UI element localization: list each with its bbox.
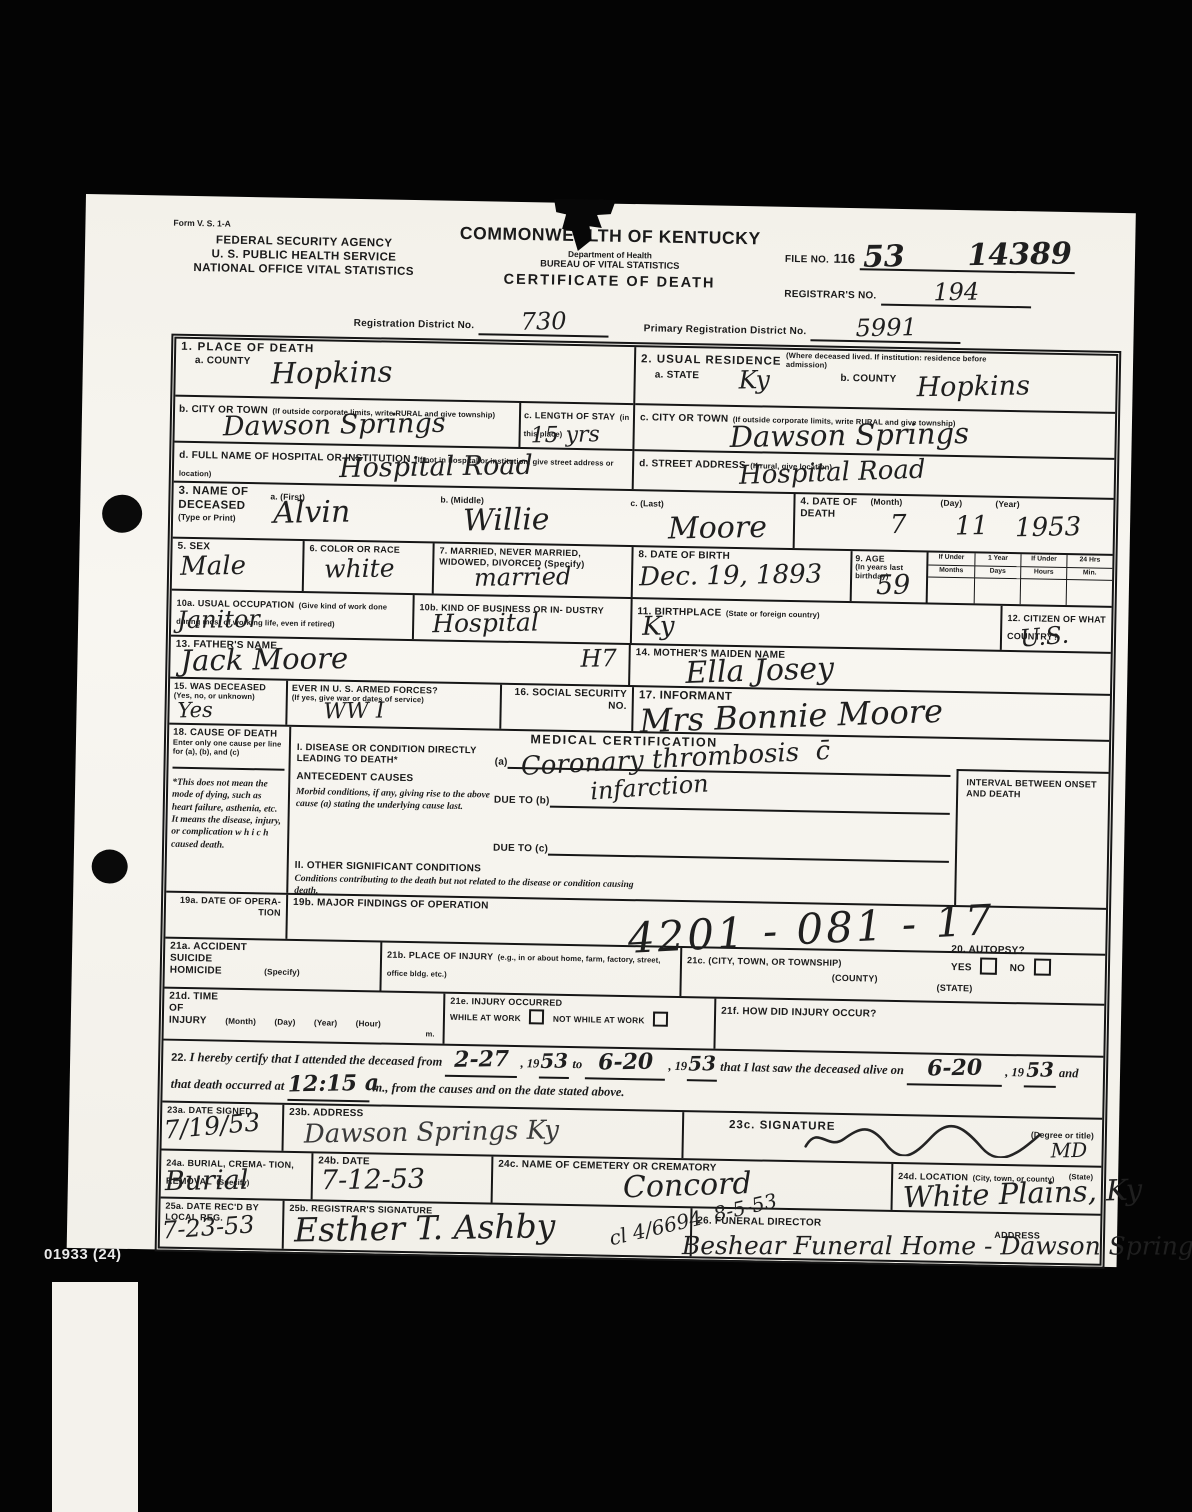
accident-label: 21a. ACCIDENT SUICIDE HOMICIDE (170, 941, 261, 979)
days-label: Days (974, 565, 1020, 578)
occupation-cell: 10a. USUAL OCCUPATION (Give kind of work… (171, 591, 413, 639)
not-while-at-work-checkbox (653, 1012, 668, 1027)
location-value: White Plains, Ky (902, 1176, 1142, 1210)
autopsy-yes-label: YES (951, 962, 972, 973)
street-label: d. STREET ADDRESS (639, 458, 746, 471)
citizen-value: U.S. (1019, 625, 1070, 651)
mother-value: Ella Josey (685, 655, 835, 687)
residence-county-value: Hopkins (916, 374, 1030, 400)
certify-text-1: I hereby certify that I attended the dec… (189, 1050, 442, 1069)
autopsy-no-label: NO (1010, 963, 1026, 974)
stay-value: 15 yrs (530, 425, 600, 446)
certify-text-5: that I last saw the deceased (720, 1060, 860, 1077)
section-usual-residence: 2. USUAL RESIDENCE (Where deceased lived… (632, 347, 1117, 498)
degree-value: MD (1051, 1141, 1088, 1160)
certify-text-6: alive on (863, 1062, 904, 1077)
microfilm-code: 01933 (24) (44, 1246, 122, 1263)
date-received-value: 7-23-53 (161, 1214, 255, 1242)
informant-value: Mrs Bonnie Moore (639, 697, 943, 736)
race-value: white (324, 557, 395, 581)
hours-label: Hours (1020, 566, 1066, 579)
certificate-title: CERTIFICATE OF DEATH (434, 270, 784, 292)
middle-name-value: Willie (463, 506, 550, 534)
disease-label: I. DISEASE OR CONDITION DIRECTLY LEADING… (297, 742, 495, 768)
hours-box (1020, 578, 1066, 605)
name-title: 3. NAME OF DECEASED (178, 485, 270, 514)
date-signed-value: 7/19/53 (163, 1111, 261, 1142)
how-injury-label: 21f. HOW DID INJURY OCCUR? (721, 1006, 877, 1020)
dod-year-value: 1953 (1015, 516, 1082, 540)
not-while-at-work-label: NOT WHILE AT WORK (553, 1013, 645, 1025)
file-no-value: 53 14389 (863, 240, 1072, 270)
length-of-stay-cell: c. LENGTH OF STAY (in this place) 15 yrs (518, 403, 633, 449)
file-no-label: FILE NO. (785, 254, 829, 266)
residence-state-label: a. STATE (654, 369, 699, 394)
section-date-of-death: 4. DATE OF DEATH (Month) (Day) (Year) 7 … (793, 494, 1114, 554)
form-number: Form V. S. 1-A (173, 218, 435, 233)
hole-punch-top (102, 494, 143, 533)
commonwealth-title: COMMONWEALTH OF KENTUCKY (435, 222, 785, 249)
name-title-note: (Type or Print) (178, 512, 270, 523)
ssn-cell: 16. SOCIAL SECURITY NO. (499, 685, 632, 731)
cause-sidebar: 18. CAUSE OF DEATH Enter only one cause … (166, 725, 289, 893)
registrar-no-value: 194 (933, 282, 979, 304)
accident-cell: 21a. ACCIDENT SUICIDE HOMICIDE (Specify) (164, 939, 380, 991)
armed-forces-cell: 15. WAS DECEASED (Yes, no, or unknown) Y… (169, 679, 500, 729)
cause-footnote: *This does not mean the mode of dying, s… (171, 777, 284, 853)
date-of-death-title: 4. DATE OF DEATH (800, 496, 870, 521)
while-at-work-checkbox (529, 1009, 544, 1024)
injury-state-label: (STATE) (936, 983, 972, 994)
cemetery-cell: 24c. NAME OF CEMETERY OR CREMATORY Conco… (491, 1157, 892, 1210)
primary-district-value: 5991 (855, 317, 916, 340)
autopsy-no-checkbox (1033, 959, 1050, 976)
certify-year1-value: 53 (540, 1051, 568, 1069)
dod-month-value: 7 (890, 514, 907, 538)
place-of-injury-label: 21b. PLACE OF INJURY (387, 950, 493, 962)
armed-value-2: WW I (323, 701, 384, 722)
certify-from-value: 2-27 (454, 1050, 509, 1071)
signer-address-cell: 23b. ADDRESS Dawson Springs Ky (282, 1105, 683, 1158)
birthplace-value: Ky (642, 615, 675, 639)
agency-block: Form V. S. 1-A FEDERAL SECURITY AGENCY U… (172, 218, 436, 308)
residence-city-value: Dawson Springs (730, 420, 970, 450)
injury-occurred-label: 21e. INJURY OCCURRED (450, 996, 709, 1012)
certify-number: 22. (171, 1052, 187, 1064)
certificate-form: 1. PLACE OF DEATH a. COUNTY Hopkins b. C… (155, 334, 1122, 1269)
first-name-value: Alvin (273, 499, 351, 527)
age-cell: 9. AGE (In years last birthday) 59 (850, 551, 927, 602)
residence-city-label: c. CITY OR TOWN (640, 412, 729, 425)
hole-punch-bottom (91, 849, 128, 884)
physician-signature-scrawl (804, 1120, 1045, 1158)
toi-month: (Month) (225, 1017, 256, 1027)
armed-value-1: Yes (177, 701, 213, 720)
section-place-of-death: 1. PLACE OF DEATH a. COUNTY Hopkins b. C… (174, 339, 635, 489)
ssn-label: 16. SOCIAL SECURITY NO. (507, 687, 627, 713)
county-value: Hopkins (271, 359, 393, 387)
time-of-injury-label: 21d. TIME OF INJURY (169, 991, 222, 1028)
certify-text-4: , 19 (668, 1059, 687, 1073)
residence-state-value: Ky (739, 369, 771, 396)
under24-label-a: If Under (1020, 554, 1066, 567)
antecedent-label: ANTECEDENT CAUSES (296, 771, 494, 787)
certify-alive-value: 6-20 (927, 1059, 982, 1080)
scanned-death-certificate: Form V. S. 1-A FEDERAL SECURITY AGENCY U… (0, 0, 1192, 1512)
accident-note: (Specify) (264, 967, 300, 977)
race-cell: 6. COLOR OR RACE white (302, 541, 433, 593)
birthplace-note: (State or foreign country) (726, 609, 820, 620)
other-conditions-label: II. OTHER SIGNIFICANT CONDITIONS (295, 860, 482, 874)
certificate-paper: Form V. S. 1-A FEDERAL SECURITY AGENCY U… (67, 194, 1136, 1267)
father-extra-scrawl: H7 (580, 648, 617, 670)
due-to-b-label: DUE TO (b) (494, 794, 550, 807)
certify-text-7: , 19 (1005, 1065, 1024, 1079)
residence-county-label: b. COUNTY (840, 373, 897, 398)
certify-time-value: 12:15 a (287, 1074, 379, 1095)
min-label: Min. (1066, 567, 1112, 580)
funeral-director-value: Beshear Funeral Home - Dawson Springs, K… (682, 1235, 1192, 1258)
street-value: Hospital Road (739, 459, 926, 489)
district-label: Registration District No. (354, 318, 475, 331)
certify-year2-value: 53 (688, 1054, 716, 1072)
toi-hour: (Hour) (356, 1019, 381, 1028)
dod-day-value: 11 (955, 515, 988, 539)
due-to-c-label: DUE TO (c) (493, 842, 548, 855)
last-label: c. (Last) (630, 498, 664, 509)
months-label: Months (928, 564, 974, 577)
antecedent-note: Morbid conditions, if any, giving rise t… (296, 786, 494, 814)
operation-date-label: 19a. DATE OF OPERA- TION (171, 895, 281, 919)
last-name-value: Moore (668, 514, 767, 543)
operation-date-cell: 19a. DATE OF OPERA- TION (165, 893, 286, 939)
certify-to-value: 6-20 (598, 1053, 653, 1074)
usual-residence-note: (Where deceased lived. If institution: r… (786, 352, 1006, 373)
signature-cell: 23c. SIGNATURE (Degree or title) MD (681, 1112, 1102, 1166)
under1-label-a: If Under (928, 553, 974, 566)
age-value: 59 (876, 574, 911, 599)
father-value: Jack Moore (180, 645, 348, 674)
under1-label-b: 1 Year (974, 553, 1020, 566)
microfilm-strip (52, 1282, 138, 1512)
medical-certification: MEDICAL CERTIFICATION I. DISEASE OR COND… (286, 727, 957, 905)
dob-cell: 8. DATE OF BIRTH Dec. 19, 1893 (631, 547, 851, 601)
injury-county-label: (COUNTY) (832, 973, 878, 985)
time-of-injury-cell: 21d. TIME OF INJURY (Month) (Day) (Year)… (164, 989, 444, 1044)
citizen-cell: 12. CITIZEN OF WHAT COUNTRY? U.S. (1000, 606, 1112, 652)
hospital-value: Hospital Road (339, 454, 533, 482)
sex-cell: 5. SEX Male (172, 539, 303, 591)
age-subgrid: If Under 1 Year If Under 24 Hrs Months D… (926, 552, 1113, 605)
dob-value: Dec. 19, 1893 (639, 563, 822, 589)
informant-cell: 17. INFORMANT Mrs Bonnie Moore (631, 687, 1110, 740)
city-or-town-cell: b. CITY OR TOWN (If outside corporate li… (174, 397, 519, 447)
industry-cell: 10b. KIND OF BUSINESS OR IN- DUSTRY Hosp… (412, 595, 631, 643)
primary-district-label: Primary Registration District No. (644, 323, 807, 337)
interval-column: INTERVAL BETWEEN ONSET AND DEATH (954, 739, 1109, 908)
file-number-block: FILE NO. 116 53 14389 REGISTRAR'S NO. 19… (784, 229, 1124, 320)
marital-cell: 7. MARRIED, NEVER MARRIED, WIDOWED, DIVO… (432, 543, 632, 597)
months-box (928, 576, 974, 603)
registrar-no-label: REGISTRAR'S NO. (784, 289, 876, 302)
under24-label-b: 24 Hrs (1066, 555, 1112, 568)
birthplace-cell: 11. BIRTHPLACE (State or foreign country… (630, 599, 1001, 650)
title-block: COMMONWEALTH OF KENTUCKY Department of H… (434, 222, 785, 313)
injury-occurred-cell: 21e. INJURY OCCURRED WHILE AT WORK NOT W… (442, 994, 714, 1049)
district-value: 730 (521, 311, 567, 333)
certify-text-9: m., from the causes and on the date stat… (372, 1080, 624, 1099)
signer-address-value: Dawson Springs Ky (304, 1119, 560, 1147)
date-received-cell: 25a. DATE REC'D BY LOCAL REG. 7-23-53 (160, 1199, 283, 1249)
line-a-label: (a) (495, 756, 508, 768)
autopsy-label: 20. AUTOPSY? (951, 944, 1025, 956)
while-at-work-label: WHILE AT WORK (450, 1012, 521, 1023)
stay-label: c. LENGTH OF STAY (524, 410, 615, 422)
toi-m: m. (426, 1031, 435, 1040)
registrar-signature-value: Esther T. Ashby (294, 1211, 556, 1245)
certify-text-3: to (572, 1057, 582, 1071)
burial-date-cell: 24b. DATE 7-12-53 (311, 1153, 492, 1202)
days-box (974, 577, 1020, 604)
toi-year: (Year) (314, 1018, 338, 1027)
burial-cell: 24a. BURIAL, CREMA- TION, REMOVAL (Speci… (161, 1151, 312, 1200)
autopsy-yes-checkbox (980, 958, 997, 975)
interval-label: INTERVAL BETWEEN ONSET AND DEATH (966, 777, 1100, 801)
how-injury-cell: 21f. HOW DID INJURY OCCUR? (713, 999, 1104, 1056)
file-no-prefix: 116 (833, 251, 855, 266)
occupation-value: Janitor (177, 609, 260, 632)
burial-date-value: 7-12-53 (321, 1168, 426, 1194)
toi-day: (Day) (274, 1018, 295, 1027)
min-box (1066, 579, 1112, 606)
cemetery-location-cell: 24d. LOCATION (City, town, or county) (S… (891, 1164, 1102, 1214)
sex-value: Male (180, 555, 246, 579)
date-signed-cell: 23a. DATE SIGNED 7/19/53 (162, 1103, 283, 1151)
city-value: Dawson Springs (223, 412, 446, 440)
industry-value: Hospital (432, 612, 539, 636)
marital-value: married (474, 566, 572, 589)
certify-year3-value: 53 (1026, 1060, 1054, 1078)
cause-enter-note: Enter only one cause per line for (a), (… (173, 739, 285, 758)
burial-value: Burial (165, 1169, 249, 1195)
certify-text-2: , 19 (520, 1056, 539, 1070)
